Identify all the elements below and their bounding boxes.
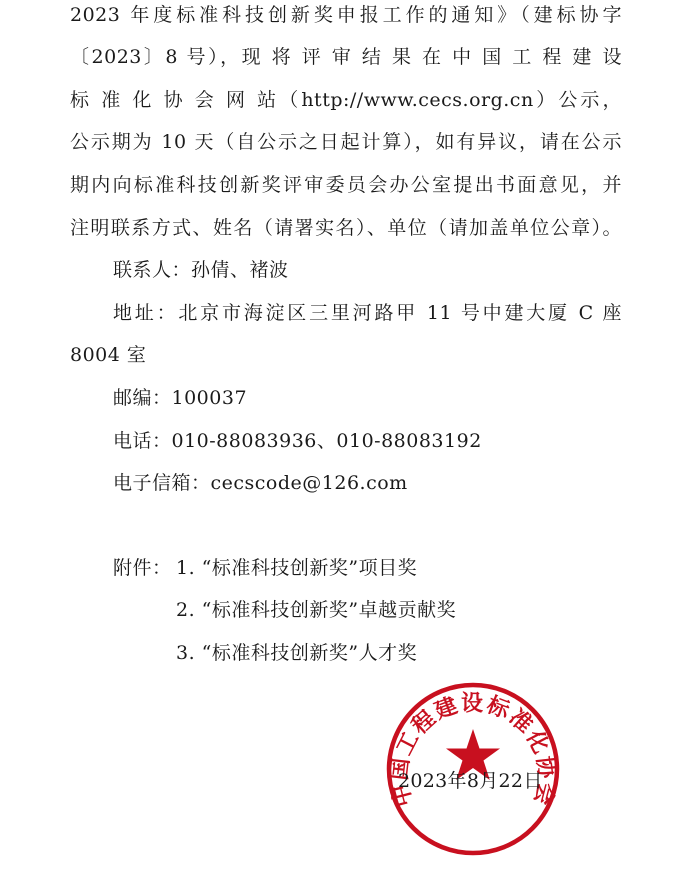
notice-line-6: 注明联系方式、姓名（请署实名）、单位（请加盖单位公章）。 [70, 215, 622, 241]
notice-line-5: 期内向标准科技创新奖评审委员会办公室提出书面意见，并 [70, 172, 622, 198]
attachments-label: 附件： [113, 555, 172, 581]
attachment-item-2: 2. “标准科技创新奖”卓越贡献奖 [176, 597, 456, 623]
issue-date: 2023年8月22日 [398, 768, 543, 794]
address-line-1: 地址：北京市海淀区三里河路甲 11 号中建大厦 C 座 [113, 300, 622, 326]
notice-line-3: 标 准 化 协 会 网 站（http://www.cecs.org.cn）公示， [70, 87, 622, 113]
attachment-item-3: 3. “标准科技创新奖”人才奖 [176, 640, 417, 666]
notice-line-1: 2023 年度标准科技创新奖申报工作的通知》（建标协字 [70, 2, 622, 28]
postcode: 邮编：100037 [113, 385, 247, 411]
notice-line-2: 〔2023〕8 号），现 将 评 审 结 果 在 中 国 工 程 建 设 [70, 44, 622, 70]
email: 电子信箱：cecscode@126.com [113, 470, 408, 496]
attachment-item-1: 1. “标准科技创新奖”项目奖 [176, 555, 417, 581]
contact-person: 联系人：孙倩、褚波 [113, 257, 289, 283]
phone: 电话：010-88083936、010-88083192 [113, 428, 482, 454]
document-page: 2023 年度标准科技创新奖申报工作的通知》（建标协字 〔2023〕8 号），现… [0, 0, 684, 869]
notice-line-4: 公示期为 10 天（自公示之日起计算），如有异议，请在公示 [70, 129, 622, 155]
address-line-2: 8004 室 [70, 342, 622, 368]
